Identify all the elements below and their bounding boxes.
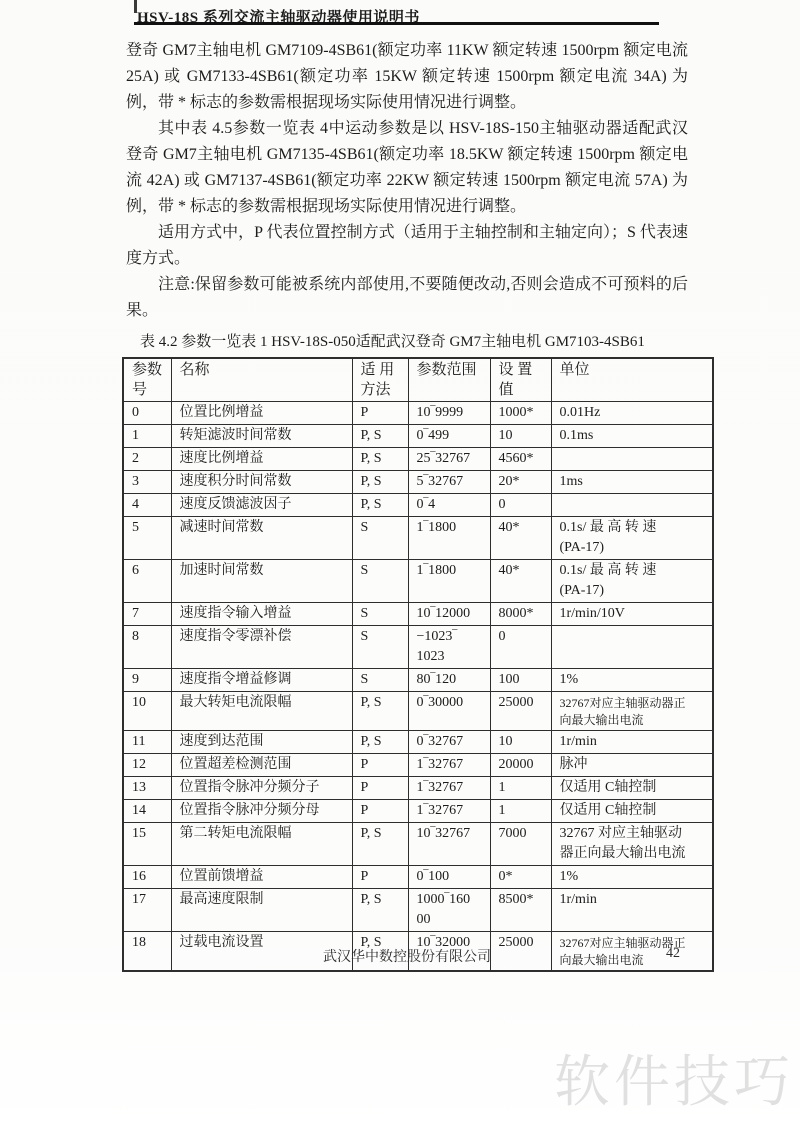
- cell-param-range: 1‾32767: [408, 777, 490, 800]
- cell-param-range: 5‾32767: [408, 471, 490, 494]
- col-header-apply-method: 适 用 方法: [352, 358, 408, 402]
- cell-param-range: 0‾32767: [408, 731, 490, 754]
- cell-apply-method: P, S: [352, 692, 408, 731]
- cell-param-number: 12: [123, 754, 171, 777]
- cell-apply-method: P, S: [352, 425, 408, 448]
- cell-apply-method: P, S: [352, 448, 408, 471]
- cell-param-number: 7: [123, 603, 171, 626]
- cell-unit: 0.1ms: [551, 425, 713, 448]
- cell-apply-method: S: [352, 603, 408, 626]
- cell-param-range: 1‾32767: [408, 754, 490, 777]
- table-row: 14 位置指令脉冲分频分母 P 1‾32767 1 仅适用 C轴控制: [123, 800, 713, 823]
- cell-param-name: 速度比例增益: [171, 448, 352, 471]
- table-row: 3 速度积分时间常数 P, S 5‾32767 20* 1ms: [123, 471, 713, 494]
- cell-param-number: 14: [123, 800, 171, 823]
- cell-param-name: 速度指令零漂补偿: [171, 626, 352, 669]
- cell-param-range: 10‾12000: [408, 603, 490, 626]
- cell-apply-method: P, S: [352, 731, 408, 754]
- cell-param-name: 位置比例增益: [171, 402, 352, 425]
- col-header-set-value: 设 置 值: [490, 358, 551, 402]
- cell-param-range: 1‾32767: [408, 800, 490, 823]
- cell-param-range: 0‾499: [408, 425, 490, 448]
- table-row: 8 速度指令零漂补偿 S −1023‾ 1023 0: [123, 626, 713, 669]
- cell-param-range: 80‾120: [408, 669, 490, 692]
- table-row: 9 速度指令增益修调 S 80‾120 100 1%: [123, 669, 713, 692]
- cell-unit: 1ms: [551, 471, 713, 494]
- cell-apply-method: S: [352, 669, 408, 692]
- cell-param-name: 速度指令输入增益: [171, 603, 352, 626]
- cell-set-value: 10: [490, 731, 551, 754]
- table-caption: 表 4.2 参数一览表 1 HSV-18S-050适配武汉登奇 GM7主轴电机 …: [140, 332, 688, 352]
- cell-param-name: 位置指令脉冲分频分母: [171, 800, 352, 823]
- cell-set-value: 40*: [490, 517, 551, 560]
- cell-apply-method: S: [352, 517, 408, 560]
- cell-param-name: 减速时间常数: [171, 517, 352, 560]
- cell-unit: [551, 448, 713, 471]
- cell-param-number: 4: [123, 494, 171, 517]
- cell-apply-method: P, S: [352, 889, 408, 932]
- watermark-text: 软件技巧: [554, 1038, 794, 1118]
- col-header-param-name: 名称: [171, 358, 352, 402]
- cell-unit: 1r/min: [551, 731, 713, 754]
- cell-set-value: 1: [490, 777, 551, 800]
- cell-set-value: 1: [490, 800, 551, 823]
- cell-param-number: 10: [123, 692, 171, 731]
- cell-param-number: 9: [123, 669, 171, 692]
- table-row: 0 位置比例增益 P 10‾9999 1000* 0.01Hz: [123, 402, 713, 425]
- cell-set-value: 25000: [490, 692, 551, 731]
- col-header-param-range: 参数范围: [408, 358, 490, 402]
- paragraph-motor-example-2: 其中表 4.5参数一览表 4中运动参数是以 HSV-18S-150主轴驱动器适配…: [126, 116, 688, 220]
- cell-param-number: 1: [123, 425, 171, 448]
- cell-unit: [551, 626, 713, 669]
- cell-param-name: 位置指令脉冲分频分子: [171, 777, 352, 800]
- table-row: 11 速度到达范围 P, S 0‾32767 10 1r/min: [123, 731, 713, 754]
- cell-param-name: 最高速度限制: [171, 889, 352, 932]
- cell-unit: 仅适用 C轴控制: [551, 777, 713, 800]
- table-row: 2 速度比例增益 P, S 25‾32767 4560*: [123, 448, 713, 471]
- paragraph-mode-description: 适用方式中，P 代表位置控制方式（适用于主轴控制和主轴定向）；S 代表速度方式。: [126, 220, 688, 272]
- cell-unit: 1r/min: [551, 889, 713, 932]
- cell-param-name: 最大转矩电流限幅: [171, 692, 352, 731]
- cell-param-number: 15: [123, 823, 171, 866]
- cell-param-range: 0‾30000: [408, 692, 490, 731]
- cell-param-name: 速度指令增益修调: [171, 669, 352, 692]
- cell-param-number: 6: [123, 560, 171, 603]
- cell-set-value: 7000: [490, 823, 551, 866]
- footer-company-name: 武汉华中数控股份有限公司: [126, 946, 688, 966]
- header-rule: [134, 22, 659, 25]
- cell-param-name: 速度到达范围: [171, 731, 352, 754]
- cell-unit: 32767 对应主轴驱动 器正向最大输出电流: [551, 823, 713, 866]
- cell-apply-method: P: [352, 866, 408, 889]
- cell-param-number: 2: [123, 448, 171, 471]
- cell-unit: 0.1s/ 最 高 转 速 (PA-17): [551, 517, 713, 560]
- cell-param-range: 1000‾160 00: [408, 889, 490, 932]
- cell-apply-method: P, S: [352, 823, 408, 866]
- paragraph-motor-example-1: 登奇 GM7主轴电机 GM7109-4SB61(额定功率 11KW 额定转速 1…: [126, 38, 688, 116]
- cell-unit: 1%: [551, 669, 713, 692]
- cell-apply-method: P, S: [352, 494, 408, 517]
- table-row: 15 第二转矩电流限幅 P, S 10‾32767 7000 32767 对应主…: [123, 823, 713, 866]
- cell-set-value: 8500*: [490, 889, 551, 932]
- cell-unit: 0.1s/ 最 高 转 速 (PA-17): [551, 560, 713, 603]
- cell-unit: [551, 494, 713, 517]
- col-header-param-number: 参数 号: [123, 358, 171, 402]
- cell-unit: 仅适用 C轴控制: [551, 800, 713, 823]
- cell-param-name: 位置超差检测范围: [171, 754, 352, 777]
- cell-unit: 32767对应主轴驱动器正 向最大输出电流: [551, 692, 713, 731]
- table-row: 4 速度反馈滤波因子 P, S 0‾4 0: [123, 494, 713, 517]
- cell-unit: 1r/min/10V: [551, 603, 713, 626]
- cell-set-value: 10: [490, 425, 551, 448]
- cell-param-number: 16: [123, 866, 171, 889]
- cell-unit: 0.01Hz: [551, 402, 713, 425]
- cell-param-number: 11: [123, 731, 171, 754]
- col-header-unit: 单位: [551, 358, 713, 402]
- cell-param-number: 0: [123, 402, 171, 425]
- table-row: 1 转矩滤波时间常数 P, S 0‾499 10 0.1ms: [123, 425, 713, 448]
- table-row: 7 速度指令输入增益 S 10‾12000 8000* 1r/min/10V: [123, 603, 713, 626]
- cell-set-value: 0*: [490, 866, 551, 889]
- cell-param-range: 0‾100: [408, 866, 490, 889]
- table-row: 16 位置前馈增益 P 0‾100 0* 1%: [123, 866, 713, 889]
- cell-param-number: 5: [123, 517, 171, 560]
- cell-param-range: 10‾9999: [408, 402, 490, 425]
- table-header-row: 参数 号 名称 适 用 方法 参数范围 设 置 值 单位: [123, 358, 713, 402]
- cell-set-value: 40*: [490, 560, 551, 603]
- cell-param-name: 速度反馈滤波因子: [171, 494, 352, 517]
- cell-param-name: 第二转矩电流限幅: [171, 823, 352, 866]
- cell-param-range: 1‾1800: [408, 560, 490, 603]
- cell-param-name: 速度积分时间常数: [171, 471, 352, 494]
- table-row: 13 位置指令脉冲分频分子 P 1‾32767 1 仅适用 C轴控制: [123, 777, 713, 800]
- cell-param-range: 1‾1800: [408, 517, 490, 560]
- cell-param-number: 13: [123, 777, 171, 800]
- cell-param-number: 3: [123, 471, 171, 494]
- cell-set-value: 0: [490, 626, 551, 669]
- cell-apply-method: S: [352, 626, 408, 669]
- cell-apply-method: P, S: [352, 471, 408, 494]
- table-row: 6 加速时间常数 S 1‾1800 40* 0.1s/ 最 高 转 速 (PA-…: [123, 560, 713, 603]
- page-body: 登奇 GM7主轴电机 GM7109-4SB61(额定功率 11KW 额定转速 1…: [126, 38, 688, 972]
- parameter-table-body: 0 位置比例增益 P 10‾9999 1000* 0.01Hz 1 转矩滤波时间…: [123, 402, 713, 972]
- table-row: 5 减速时间常数 S 1‾1800 40* 0.1s/ 最 高 转 速 (PA-…: [123, 517, 713, 560]
- cell-apply-method: P: [352, 777, 408, 800]
- footer-page-number: 42: [666, 946, 680, 962]
- cell-set-value: 8000*: [490, 603, 551, 626]
- cell-unit: 1%: [551, 866, 713, 889]
- cell-param-range: 10‾32767: [408, 823, 490, 866]
- cell-param-range: 0‾4: [408, 494, 490, 517]
- cell-apply-method: P: [352, 800, 408, 823]
- table-row: 12 位置超差检测范围 P 1‾32767 20000 脉冲: [123, 754, 713, 777]
- cell-set-value: 100: [490, 669, 551, 692]
- cell-unit: 脉冲: [551, 754, 713, 777]
- document-page: HSV-18S 系列交流主轴驱动器使用说明书 登奇 GM7主轴电机 GM7109…: [0, 0, 800, 1132]
- cell-set-value: 0: [490, 494, 551, 517]
- cell-param-name: 位置前馈增益: [171, 866, 352, 889]
- cell-param-name: 加速时间常数: [171, 560, 352, 603]
- cell-param-number: 8: [123, 626, 171, 669]
- cell-apply-method: S: [352, 560, 408, 603]
- cell-set-value: 20*: [490, 471, 551, 494]
- cell-param-range: −1023‾ 1023: [408, 626, 490, 669]
- table-row: 17 最高速度限制 P, S 1000‾160 00 8500* 1r/min: [123, 889, 713, 932]
- cell-param-number: 17: [123, 889, 171, 932]
- cell-apply-method: P: [352, 754, 408, 777]
- table-row: 10 最大转矩电流限幅 P, S 0‾30000 25000 32767对应主轴…: [123, 692, 713, 731]
- cell-set-value: 20000: [490, 754, 551, 777]
- cell-set-value: 1000*: [490, 402, 551, 425]
- cell-param-name: 转矩滤波时间常数: [171, 425, 352, 448]
- paragraph-warning-note: 注意:保留参数可能被系统内部使用,不要随便改动,否则会造成不可预料的后果。: [126, 272, 688, 324]
- cell-set-value: 4560*: [490, 448, 551, 471]
- cell-param-range: 25‾32767: [408, 448, 490, 471]
- parameter-table: 参数 号 名称 适 用 方法 参数范围 设 置 值 单位 0 位置比例增益 P …: [122, 357, 714, 972]
- cell-apply-method: P: [352, 402, 408, 425]
